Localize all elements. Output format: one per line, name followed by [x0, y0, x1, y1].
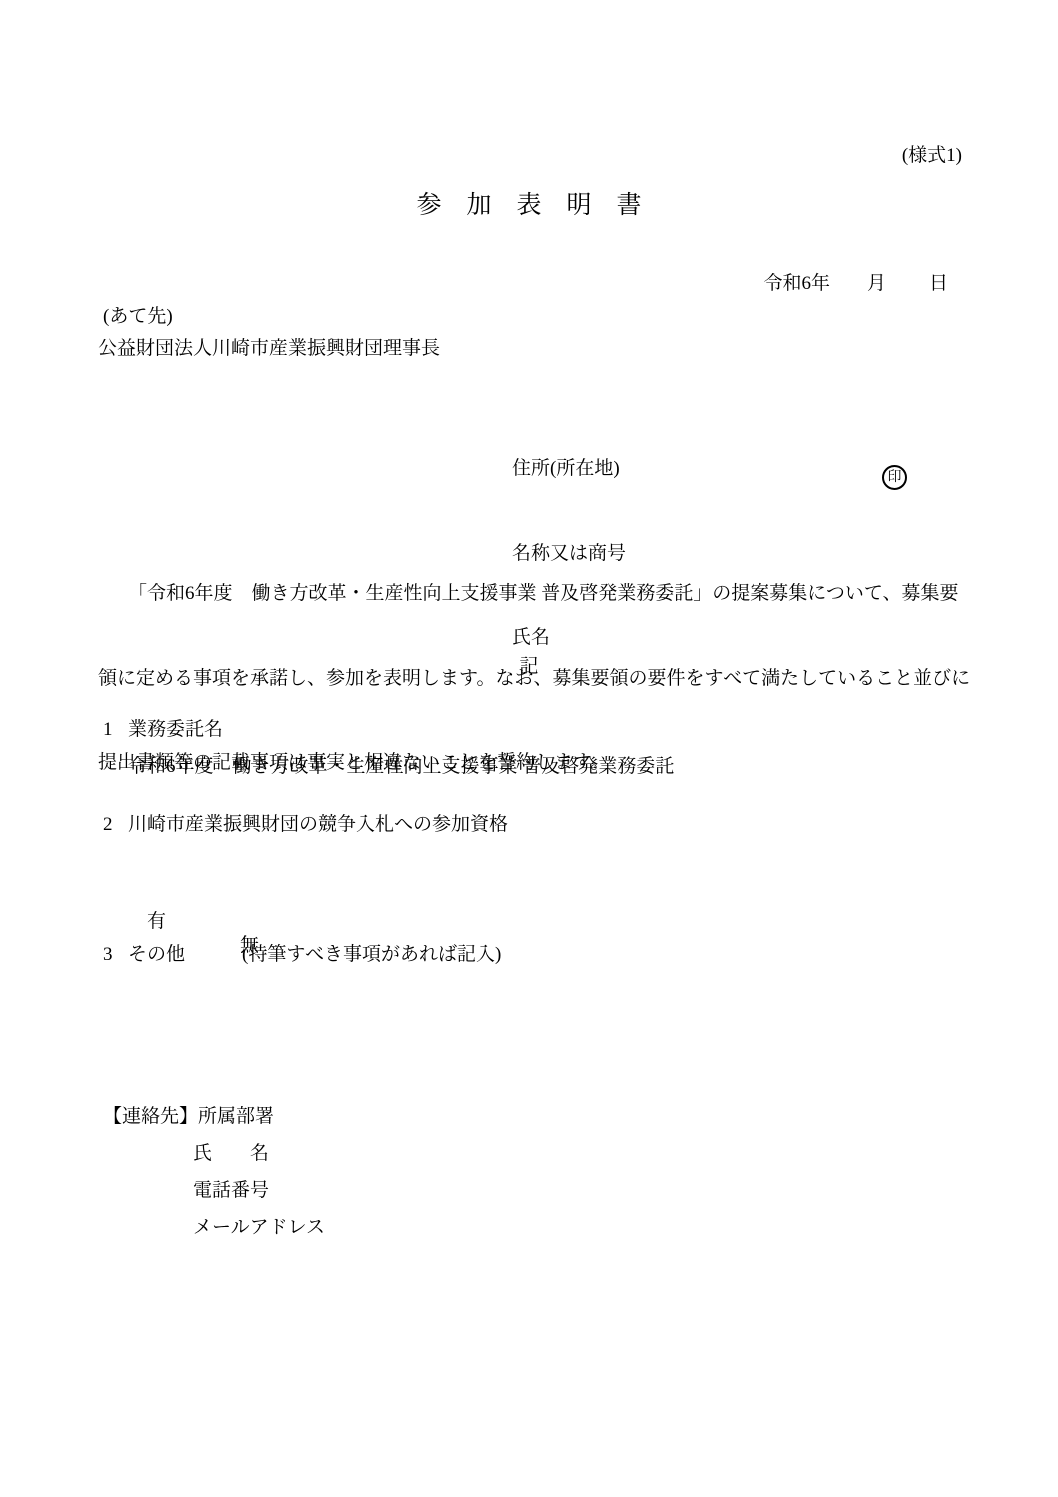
section-2-title: 川崎市産業振興財団の競争入札への参加資格 — [128, 813, 508, 838]
section-3-title: その他 — [128, 943, 185, 968]
contact-email-label: メールアドレス — [193, 1216, 325, 1241]
record-marker: 記 — [0, 655, 1058, 680]
section-1-number: 1 — [103, 718, 128, 743]
page-title: 参 加 表 明 書 — [0, 190, 1058, 223]
addressee-label: (あて先) — [103, 305, 173, 330]
section-1-body: 令和6年度 働き方改革・生産性向上支援事業 普及啓発業務委託 — [128, 755, 674, 780]
date-day-label: 日 — [929, 272, 948, 297]
seal-icon: 印 — [882, 465, 907, 490]
section-2-options: 有 無 — [128, 885, 259, 984]
form-number-label: (様式1) — [902, 144, 962, 169]
section-2-number: 2 — [103, 813, 128, 838]
document-page: (様式1) 参 加 表 明 書 令和6年 月 日 (あて先) 公益財団法人川崎市… — [0, 0, 1058, 1497]
option-yes-label: 有 — [147, 911, 166, 932]
contact-phone-label: 電話番号 — [193, 1179, 269, 1204]
section-1-heading: 1 業務委託名 — [103, 718, 223, 743]
contact-department-label: 所属部署 — [198, 1105, 274, 1130]
section-3-note: (特筆すべき事項があれば記入) — [242, 943, 501, 968]
section-3-number: 3 — [103, 943, 128, 968]
contact-name-label: 氏 名 — [193, 1142, 269, 1167]
section-1-title: 業務委託名 — [128, 718, 223, 743]
applicant-address-label: 住所(所在地) — [512, 451, 626, 486]
contact-label: 【連絡先】 — [103, 1105, 198, 1130]
addressee-name: 公益財団法人川崎市産業振興財団理事長 — [98, 337, 440, 362]
declaration-line: 「令和6年度 働き方改革・生産性向上支援事業 普及啓発業務委託」の提案募集につい… — [98, 576, 978, 611]
date-line: 令和6年 月 日 — [763, 272, 948, 297]
date-month-label: 月 — [867, 272, 886, 297]
contact-block-header: 【連絡先】 所属部署 — [103, 1105, 274, 1130]
section-3-heading: 3 その他 (特筆すべき事項があれば記入) — [103, 943, 501, 968]
date-era-year: 令和6年 — [763, 272, 830, 297]
section-2-heading: 2 川崎市産業振興財団の競争入札への参加資格 — [103, 813, 508, 838]
